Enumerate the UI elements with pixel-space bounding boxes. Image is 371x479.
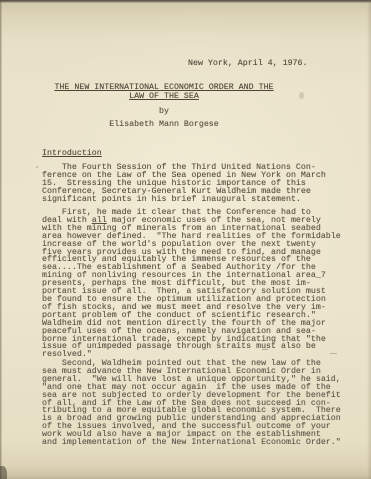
paper-speck bbox=[36, 166, 38, 168]
scan-corner-blot bbox=[0, 466, 7, 479]
paragraph-second-point: Second, Waldheim pointed out that the ne… bbox=[42, 360, 341, 447]
section-heading-introduction: Introduction bbox=[42, 150, 102, 158]
dateline: New York, April 4, 1976. bbox=[188, 60, 308, 68]
paragraph-first-point-rest: major economic uses of the sea, not mere… bbox=[42, 216, 341, 359]
document-title: THE NEW INTERNATIONAL ECONOMIC ORDER AND… bbox=[42, 84, 286, 101]
scanned-typewritten-page: New York, April 4, 1976. THE NEW INTERNA… bbox=[0, 0, 371, 479]
paper-mark bbox=[262, 349, 268, 350]
title-line-2: LAW OF THE SEA bbox=[129, 92, 199, 101]
paragraph-first-point: First, he made it clear that the Confere… bbox=[42, 209, 341, 359]
paper-mark bbox=[330, 353, 337, 354]
byline-label: by bbox=[42, 108, 286, 116]
paragraph-introduction: The Fourth Session of the Third United N… bbox=[42, 164, 326, 204]
author-name: Elisabeth Mann Borgese bbox=[42, 121, 286, 129]
paper-smudge bbox=[299, 92, 304, 99]
